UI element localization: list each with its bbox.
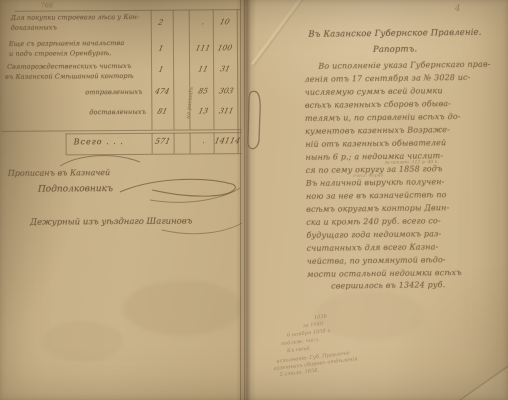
fold-crease-highlight (252, 0, 301, 64)
corner-fold (462, 368, 508, 400)
binding-clasp (248, 91, 260, 148)
duty-signature-flourish (162, 223, 242, 234)
fold-crease-shadow (254, 0, 303, 66)
ink-flourish-overlay (0, 0, 508, 400)
manuscript-scan: 766 Для покупки строеваго лѣса у Кон- до… (0, 0, 508, 400)
signature-flourish (120, 179, 235, 196)
signature-flourish (150, 188, 240, 202)
flourish-curve (60, 156, 140, 166)
